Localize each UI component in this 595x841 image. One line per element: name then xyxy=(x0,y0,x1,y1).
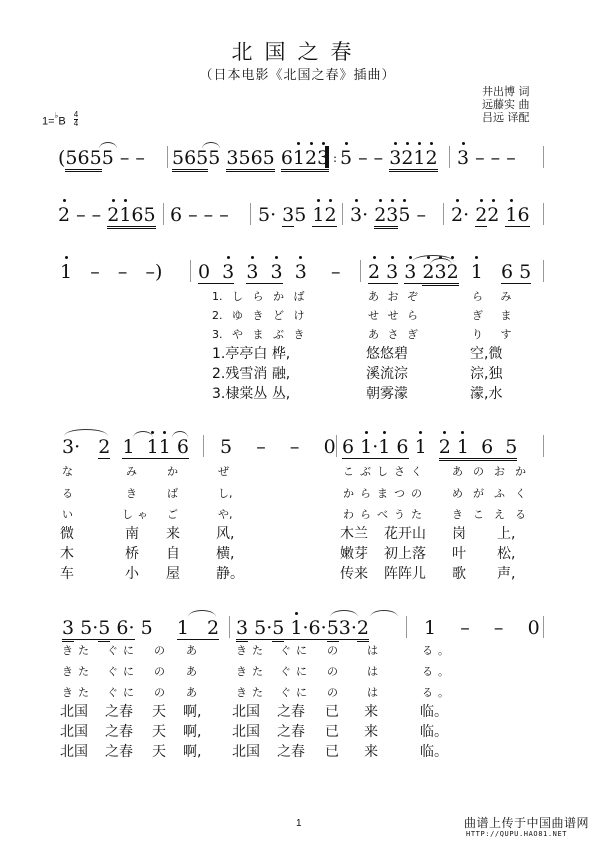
notes: 1 – – 0 xyxy=(424,618,540,638)
notes: 5· 35 12 xyxy=(258,205,337,225)
song-subtitle: （日本电影《北国之春》插曲） xyxy=(0,64,595,83)
slur xyxy=(64,429,108,436)
credit-lyrics: 井出博 词 xyxy=(482,85,530,98)
key-signature: 1=♭B 44 xyxy=(42,113,78,130)
barline xyxy=(203,435,204,457)
notes: 3 – – – xyxy=(457,148,516,168)
repeat-dots: : xyxy=(333,148,337,168)
triplet-slur xyxy=(430,258,452,265)
credits: 井出博 词 远藤实 曲 吕远 译配 xyxy=(482,85,530,124)
barline xyxy=(342,203,343,225)
barline xyxy=(229,616,230,638)
barline xyxy=(360,260,361,282)
site-watermark: 曲谱上传于中国曲谱网 xyxy=(464,814,589,831)
barline xyxy=(449,146,450,168)
notes: 3 5·5 6· 5 1 2 xyxy=(62,618,219,638)
barline xyxy=(543,260,544,282)
time-signature: 44 xyxy=(74,111,78,128)
barline xyxy=(543,435,544,457)
barline xyxy=(543,146,544,168)
notes: 5655 3565 6123 xyxy=(172,148,329,168)
key-label: 1= xyxy=(42,115,55,127)
notes: 2 – – 2165 xyxy=(58,205,156,225)
tie xyxy=(172,431,188,438)
tie xyxy=(133,431,153,438)
notes: 0 3 3 3 3 – xyxy=(198,262,341,282)
notes: 6 1·1 6 1 2 1 6 5 xyxy=(342,437,517,457)
key-note: B xyxy=(58,115,65,127)
credit-translation: 吕远 译配 xyxy=(482,111,530,124)
notes: 2· 22 16 xyxy=(451,205,530,225)
site-url: HTTP://QUPU.HAO81.NET xyxy=(466,830,567,838)
notes: 5 – – 0 xyxy=(220,437,336,457)
notes: 3· 2 1 11 6 xyxy=(62,437,189,457)
notes: (5655 – – xyxy=(58,148,145,168)
song-title: 北国之春 xyxy=(0,36,595,66)
flat-icon: ♭ xyxy=(55,111,59,120)
barline xyxy=(190,260,191,282)
barline xyxy=(443,203,444,225)
barline xyxy=(543,203,544,225)
page-number: 1 xyxy=(296,818,302,829)
barline xyxy=(406,616,407,638)
tie xyxy=(99,142,117,149)
tie xyxy=(370,610,398,617)
tie xyxy=(188,610,216,617)
notes: 3· 235 – xyxy=(350,205,426,225)
credit-music: 远藤实 曲 xyxy=(482,98,530,111)
tie xyxy=(202,142,220,149)
notes: 6 – – – xyxy=(170,205,229,225)
barline xyxy=(336,435,337,457)
notes: 2 3 3 232 1 6 5 xyxy=(368,262,531,282)
meter-bottom: 4 xyxy=(74,120,78,128)
notes: 5 – – 3212 xyxy=(340,148,438,168)
notes: 1 – – –) xyxy=(60,262,162,282)
barline xyxy=(163,203,164,225)
notes: 3 5·5 1·6·53·2 xyxy=(236,618,369,638)
barline xyxy=(543,616,544,638)
repeat-barline xyxy=(325,146,329,168)
barline xyxy=(167,146,168,168)
barline xyxy=(250,203,251,225)
tie xyxy=(330,610,358,617)
